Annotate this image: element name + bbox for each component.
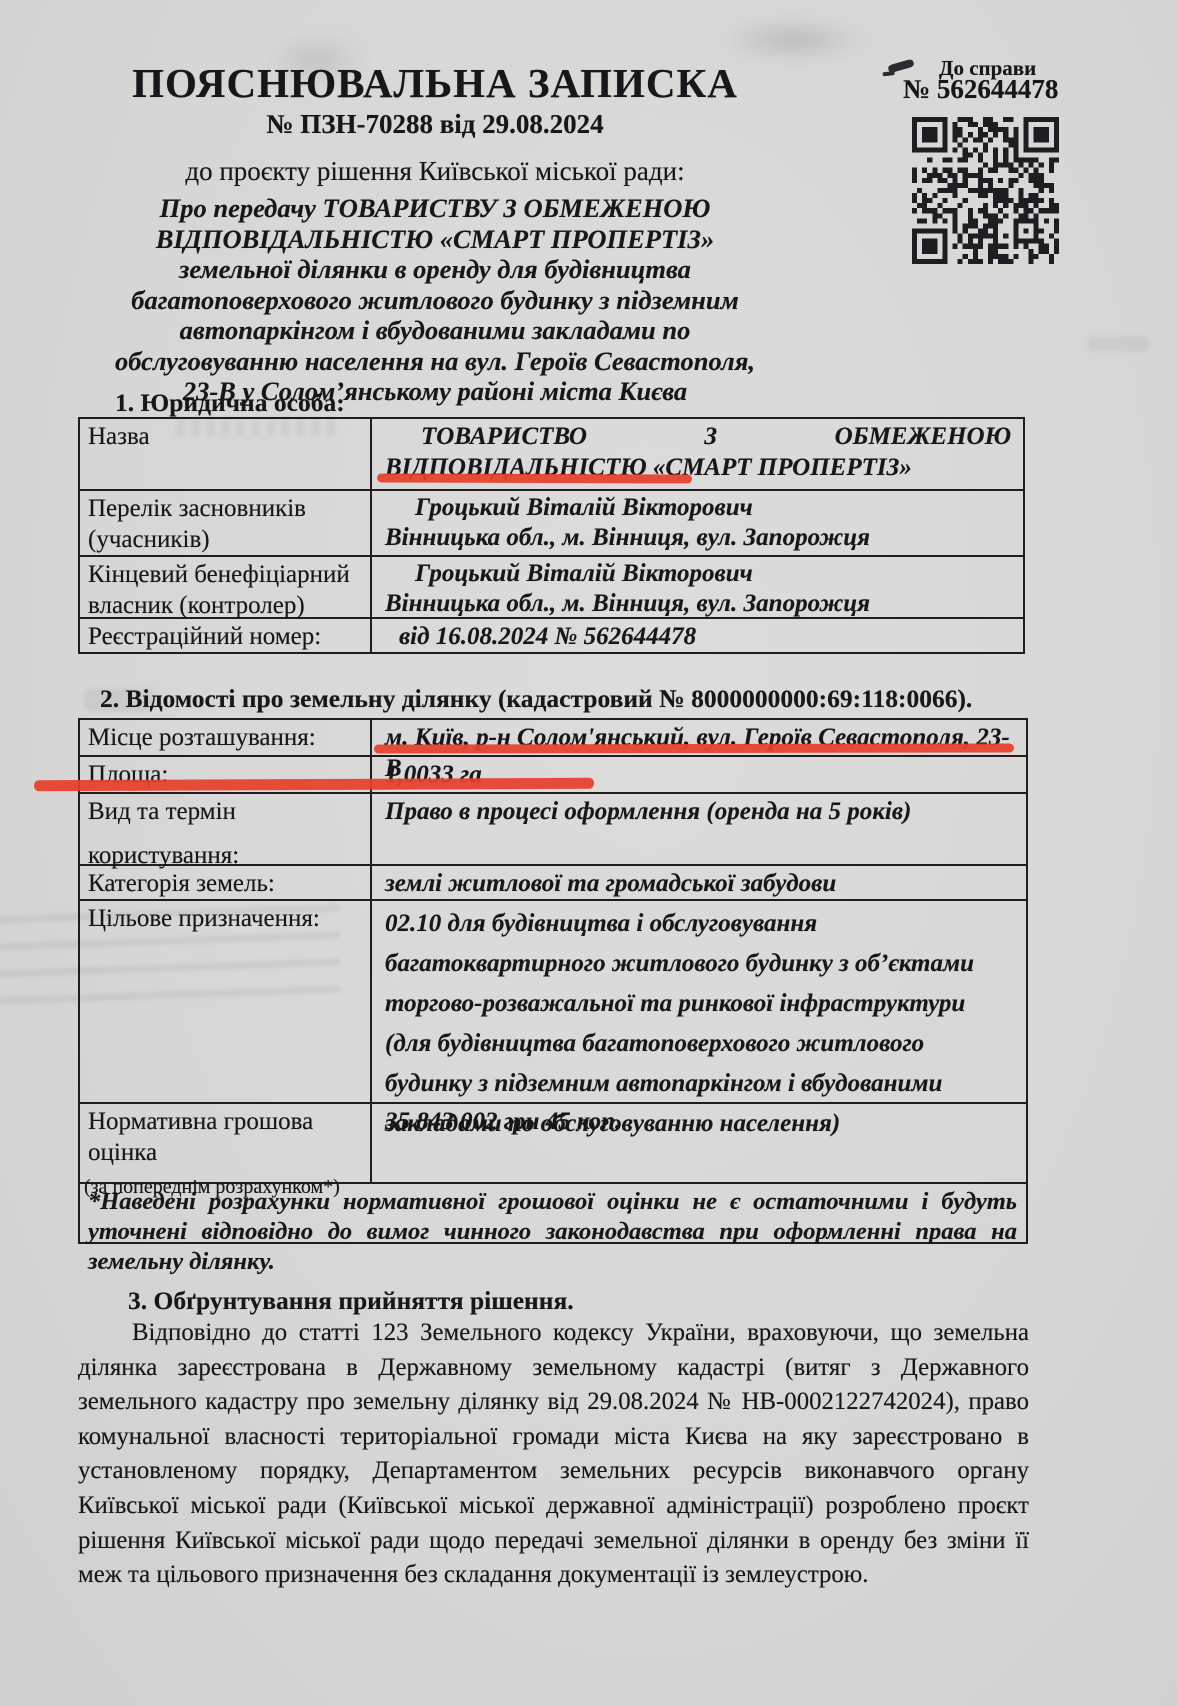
red-underline bbox=[377, 473, 692, 483]
case-ref-number: № 562644478 bbox=[903, 74, 1058, 105]
table-row: Кінцевий бенефіціарний власник (контроле… bbox=[80, 555, 1023, 617]
section2-heading: 2. Відомості про земельну ділянку (кадас… bbox=[100, 684, 972, 714]
table-cell-label: Реєстраційний номер: bbox=[80, 619, 372, 652]
table-cell-label: Кінцевий бенефіціарний власник (контроле… bbox=[80, 557, 372, 617]
table-cell-value: Гроцький Віталій Вікторович Вінницька об… bbox=[372, 491, 1023, 555]
table-cell-value: землі житлової та громадської забудови bbox=[372, 866, 1026, 899]
land-parcel-table: Місце розташування: м. Київ, р-н Солом'я… bbox=[78, 718, 1028, 1244]
table-row: Категорія земель: землі житлової та гром… bbox=[80, 864, 1026, 899]
legal-entity-table: Назва ТОВАРИСТВО З ОБМЕЖЕНОЮ ВІДПОВІДАЛЬ… bbox=[78, 417, 1025, 654]
section1-heading: 1. Юридична особа: bbox=[115, 388, 345, 418]
table-row: Реєстраційний номер: від 16.08.2024 № 56… bbox=[80, 617, 1023, 652]
scanned-document-page: До справи № 562644478 ПОЯСНЮВАЛЬНА ЗАПИС… bbox=[0, 0, 1177, 1706]
table-cell-label: Цільове призначення: bbox=[80, 901, 372, 1102]
label-line: оцінка bbox=[88, 1137, 364, 1168]
pen-mark bbox=[887, 59, 914, 74]
table-footnote-row: *Наведені розрахунки нормативної грошово… bbox=[80, 1182, 1026, 1242]
subject-text: Про передачу ТОВАРИСТВУ З ОБМЕЖЕНОЮ ВІДП… bbox=[104, 193, 766, 407]
red-underline bbox=[374, 743, 1014, 753]
body-paragraph: Відповідно до статті 123 Земельного коде… bbox=[78, 1316, 1029, 1593]
table-cell-value: Гроцький Віталій Вікторович Вінницька об… bbox=[372, 557, 1023, 617]
table-cell-label: Назва bbox=[80, 419, 372, 489]
section3-heading: 3. Обґрунтування прийняття рішення. bbox=[128, 1286, 574, 1316]
project-line: до проєкту рішення Київської міської рад… bbox=[70, 156, 800, 187]
table-row: Цільове призначення: 02.10 для будівницт… bbox=[80, 899, 1026, 1102]
table-cell-value: Право в процесі оформлення (оренда на 5 … bbox=[372, 794, 1026, 864]
table-row: Перелік засновників (учасників) Гроцький… bbox=[80, 489, 1023, 555]
table-cell-label: Перелік засновників (учасників) bbox=[80, 491, 372, 555]
label-line: Вид та термін bbox=[88, 796, 364, 827]
value-line: Вінницька обл., м. Вінниця, вул. Запорож… bbox=[385, 523, 1011, 553]
table-row: Вид та термін користування: Право в проц… bbox=[80, 792, 1026, 864]
table-row: Нормативна грошова оцінка (за попереднім… bbox=[80, 1102, 1026, 1182]
table-cell-value: 35 843 002 грн 45 коп. bbox=[372, 1104, 1026, 1182]
table-cell-label: Місце розташування: bbox=[80, 720, 372, 755]
bleed-through-text bbox=[1088, 336, 1150, 352]
value-line: Вінницька обл., м. Вінниця, вул. Запорож… bbox=[385, 589, 1011, 619]
title-block: ПОЯСНЮВАЛЬНА ЗАПИСКА № ПЗН-70288 від 29.… bbox=[70, 62, 800, 407]
value-line: Гроцький Віталій Вікторович bbox=[385, 559, 1011, 589]
table-cell-label: Категорія земель: bbox=[80, 866, 372, 899]
table-cell-label: Нормативна грошова оцінка (за попереднім… bbox=[80, 1104, 372, 1182]
document-title: ПОЯСНЮВАЛЬНА ЗАПИСКА bbox=[70, 62, 800, 104]
table-cell-value: 02.10 для будівництва і обслуговування б… bbox=[372, 901, 1026, 1102]
footnote-text: *Наведені розрахунки нормативної грошово… bbox=[80, 1184, 1026, 1242]
table-cell-value: від 16.08.2024 № 562644478 bbox=[372, 619, 1023, 652]
value-line: Гроцький Віталій Вікторович bbox=[385, 493, 1011, 523]
table-cell-label: Вид та термін користування: bbox=[80, 794, 372, 864]
document-number: № ПЗН-70288 від 29.08.2024 bbox=[70, 109, 800, 140]
label-line: Нормативна грошова bbox=[88, 1106, 364, 1137]
qr-code bbox=[912, 117, 1059, 264]
